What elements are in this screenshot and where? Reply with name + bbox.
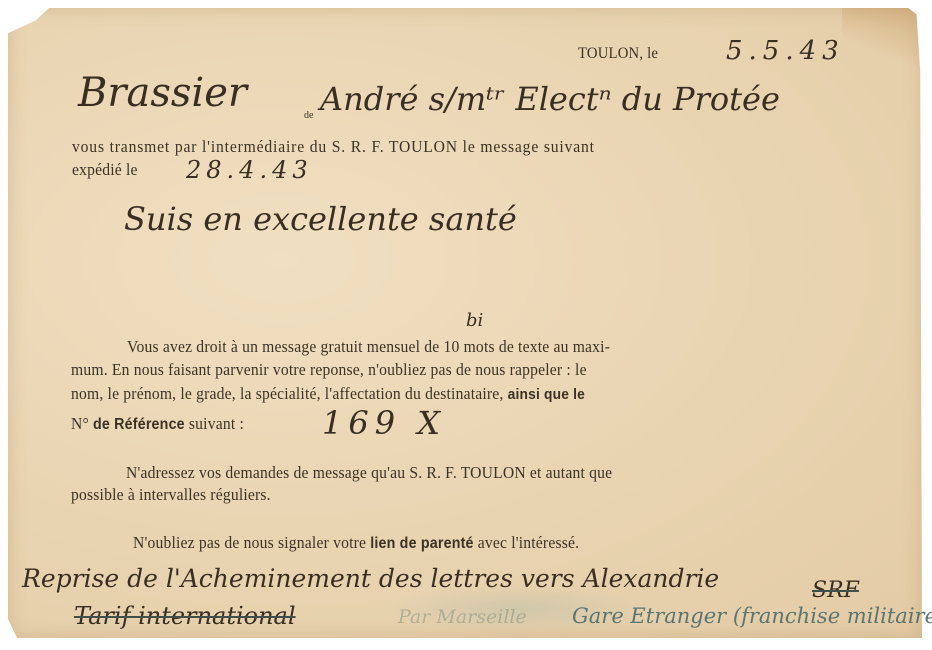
- para2-line1: N'adressez vos demandes de message qu'au…: [126, 463, 612, 483]
- ref-suffix: suivant :: [189, 414, 244, 433]
- reference-line: N° de Référence suivant :: [71, 414, 244, 434]
- reference-value: 169 X: [322, 404, 446, 442]
- ref-label: de Référence: [93, 416, 185, 433]
- annotation-blue: Gare Etranger (franchise militaire): [572, 604, 932, 628]
- date-written: 5.5.43: [726, 36, 845, 66]
- para1-line3-text: nom, le prénom, le grade, la spécialité,…: [71, 384, 504, 403]
- para1-line1: Vous avez droit à un message gratuit men…: [127, 337, 610, 357]
- para3: N'oubliez pas de nous signaler votre lie…: [133, 533, 579, 553]
- place-date-label: TOULON, le: [578, 45, 658, 63]
- para3-bold: lien de parenté: [370, 535, 473, 552]
- annotation-faded: Par Marseille: [398, 606, 527, 628]
- para1-line2: mum. En nous faisant parvenir votre repo…: [71, 360, 587, 380]
- para2-line2: possible à intervalles réguliers.: [71, 485, 271, 505]
- stain: [842, 8, 922, 68]
- annotation-line1: Reprise de l'Acheminement des lettres ve…: [22, 564, 719, 593]
- para3-text-end: avec l'intéressé.: [478, 533, 579, 552]
- expedie-label: expédié le: [72, 160, 138, 180]
- expedie-date: 28.4.43: [186, 156, 313, 184]
- margin-note: bi: [466, 310, 483, 331]
- message-text: Suis en excellente santé: [124, 200, 517, 238]
- transmit-line: vous transmet par l'intermédiaire du S. …: [72, 137, 595, 157]
- annotation-struck-srf: SRF: [812, 578, 859, 603]
- para3-text: N'oubliez pas de nous signaler votre: [133, 533, 366, 552]
- sender-details: André s/mᵗʳ Electⁿ du Protée: [320, 80, 780, 118]
- transmit-text: vous transmet par l'intermédiaire du S. …: [72, 137, 595, 156]
- ref-no: N°: [71, 414, 89, 433]
- para1-line3: nom, le prénom, le grade, la spécialité,…: [71, 384, 585, 404]
- de-label: de: [304, 110, 313, 121]
- annotation-struck-tarif: Tarif international: [74, 602, 296, 630]
- sender-surname: Brassier: [78, 70, 247, 116]
- para1-line3-bold: ainsi que le: [508, 386, 585, 403]
